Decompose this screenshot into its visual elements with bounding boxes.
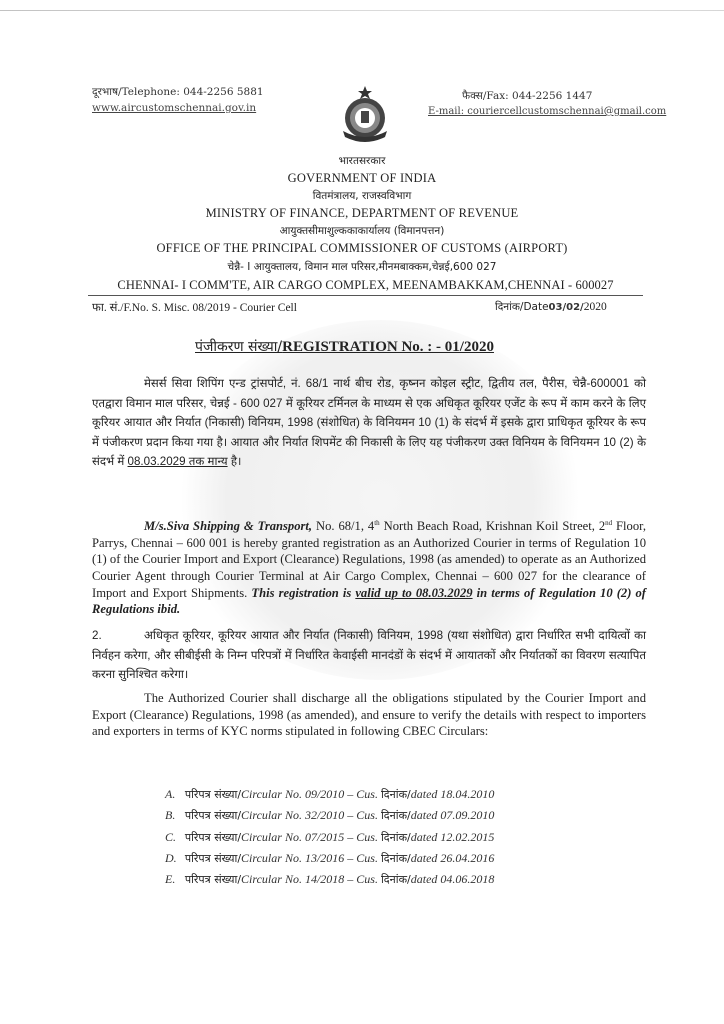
file-number: फा. सं./F.No. S. Misc. 08/2019 - Courier… <box>92 300 297 315</box>
list-item: C. परिपत्र संख्या/Circular No. 07/2015 –… <box>165 827 494 848</box>
para1-english: M/s.Siva Shipping & Transport, No. 68/1,… <box>92 515 646 618</box>
validity: valid up to 08.03.2029 <box>355 586 472 600</box>
govt-of-india: GOVERNMENT OF INDIA <box>0 171 724 186</box>
office-english: OFFICE OF THE PRINCIPAL COMMISSIONER OF … <box>0 241 724 256</box>
para1-hindi: मेसर्स सिवा शिपिंग एन्ड ट्रांसपोर्ट, नं.… <box>92 374 646 472</box>
scan-edge-line <box>0 10 724 11</box>
office-hindi: आयुक्तसीमाशुल्ककाकार्यालय (विमानपत्तन) <box>0 224 724 238</box>
list-item: B. परिपत्र संख्या/Circular No. 32/2010 –… <box>165 805 494 826</box>
date-handwritten: 03/02/ <box>549 302 584 313</box>
circulars-list: A. परिपत्र संख्या/Circular No. 09/2010 –… <box>165 784 494 890</box>
customs-emblem-icon <box>337 85 393 145</box>
website-link[interactable]: www.aircustomschennai.gov.in <box>92 102 256 114</box>
date-label: दिनांक/Date <box>495 301 549 313</box>
email-link[interactable]: E-mail: couriercellcustomschennai@gmail.… <box>428 106 666 117</box>
telephone: दूरभाष/Telephone: 044-2256 5881 <box>92 84 264 100</box>
list-item: E. परिपत्र संख्या/Circular No. 14/2018 –… <box>165 869 494 890</box>
bharat-sarkar: भारतसरकार <box>0 154 724 168</box>
address-english: CHENNAI- I COMM'TE, AIR CARGO COMPLEX, M… <box>88 278 643 296</box>
contact-right: फैक्स/Fax: 044-2256 1447 E-mail: courier… <box>428 88 666 120</box>
registration-title: पंजीकरण संख्या/REGISTRATION No. : - 01/2… <box>195 337 494 356</box>
list-item: A. परिपत्र संख्या/Circular No. 09/2010 –… <box>165 784 494 805</box>
para2-hindi: 2.अधिकृत कूरियर, कूरियर आयात और निर्यात … <box>92 626 646 685</box>
date-year: 2020 <box>584 301 607 313</box>
para-number: 2. <box>92 626 144 646</box>
para2-english: The Authorized Courier shall discharge a… <box>92 690 646 740</box>
address-hindi: चेन्नै- I आयुक्तालय, विमान माल परिसर,मीन… <box>0 260 724 274</box>
fax: फैक्स/Fax: 044-2256 1447 <box>428 88 666 104</box>
company-name: M/s.Siva Shipping & Transport, <box>144 519 312 533</box>
ministry-english: MINISTRY OF FINANCE, DEPARTMENT OF REVEN… <box>0 206 724 221</box>
list-item: D. परिपत्र संख्या/Circular No. 13/2016 –… <box>165 848 494 869</box>
document-date: दिनांक/Date03/02/2020 <box>495 300 607 314</box>
ministry-hindi: वितमंत्रालय, राजस्वविभाग <box>0 189 724 203</box>
contact-left: दूरभाष/Telephone: 044-2256 5881 www.airc… <box>92 84 264 116</box>
